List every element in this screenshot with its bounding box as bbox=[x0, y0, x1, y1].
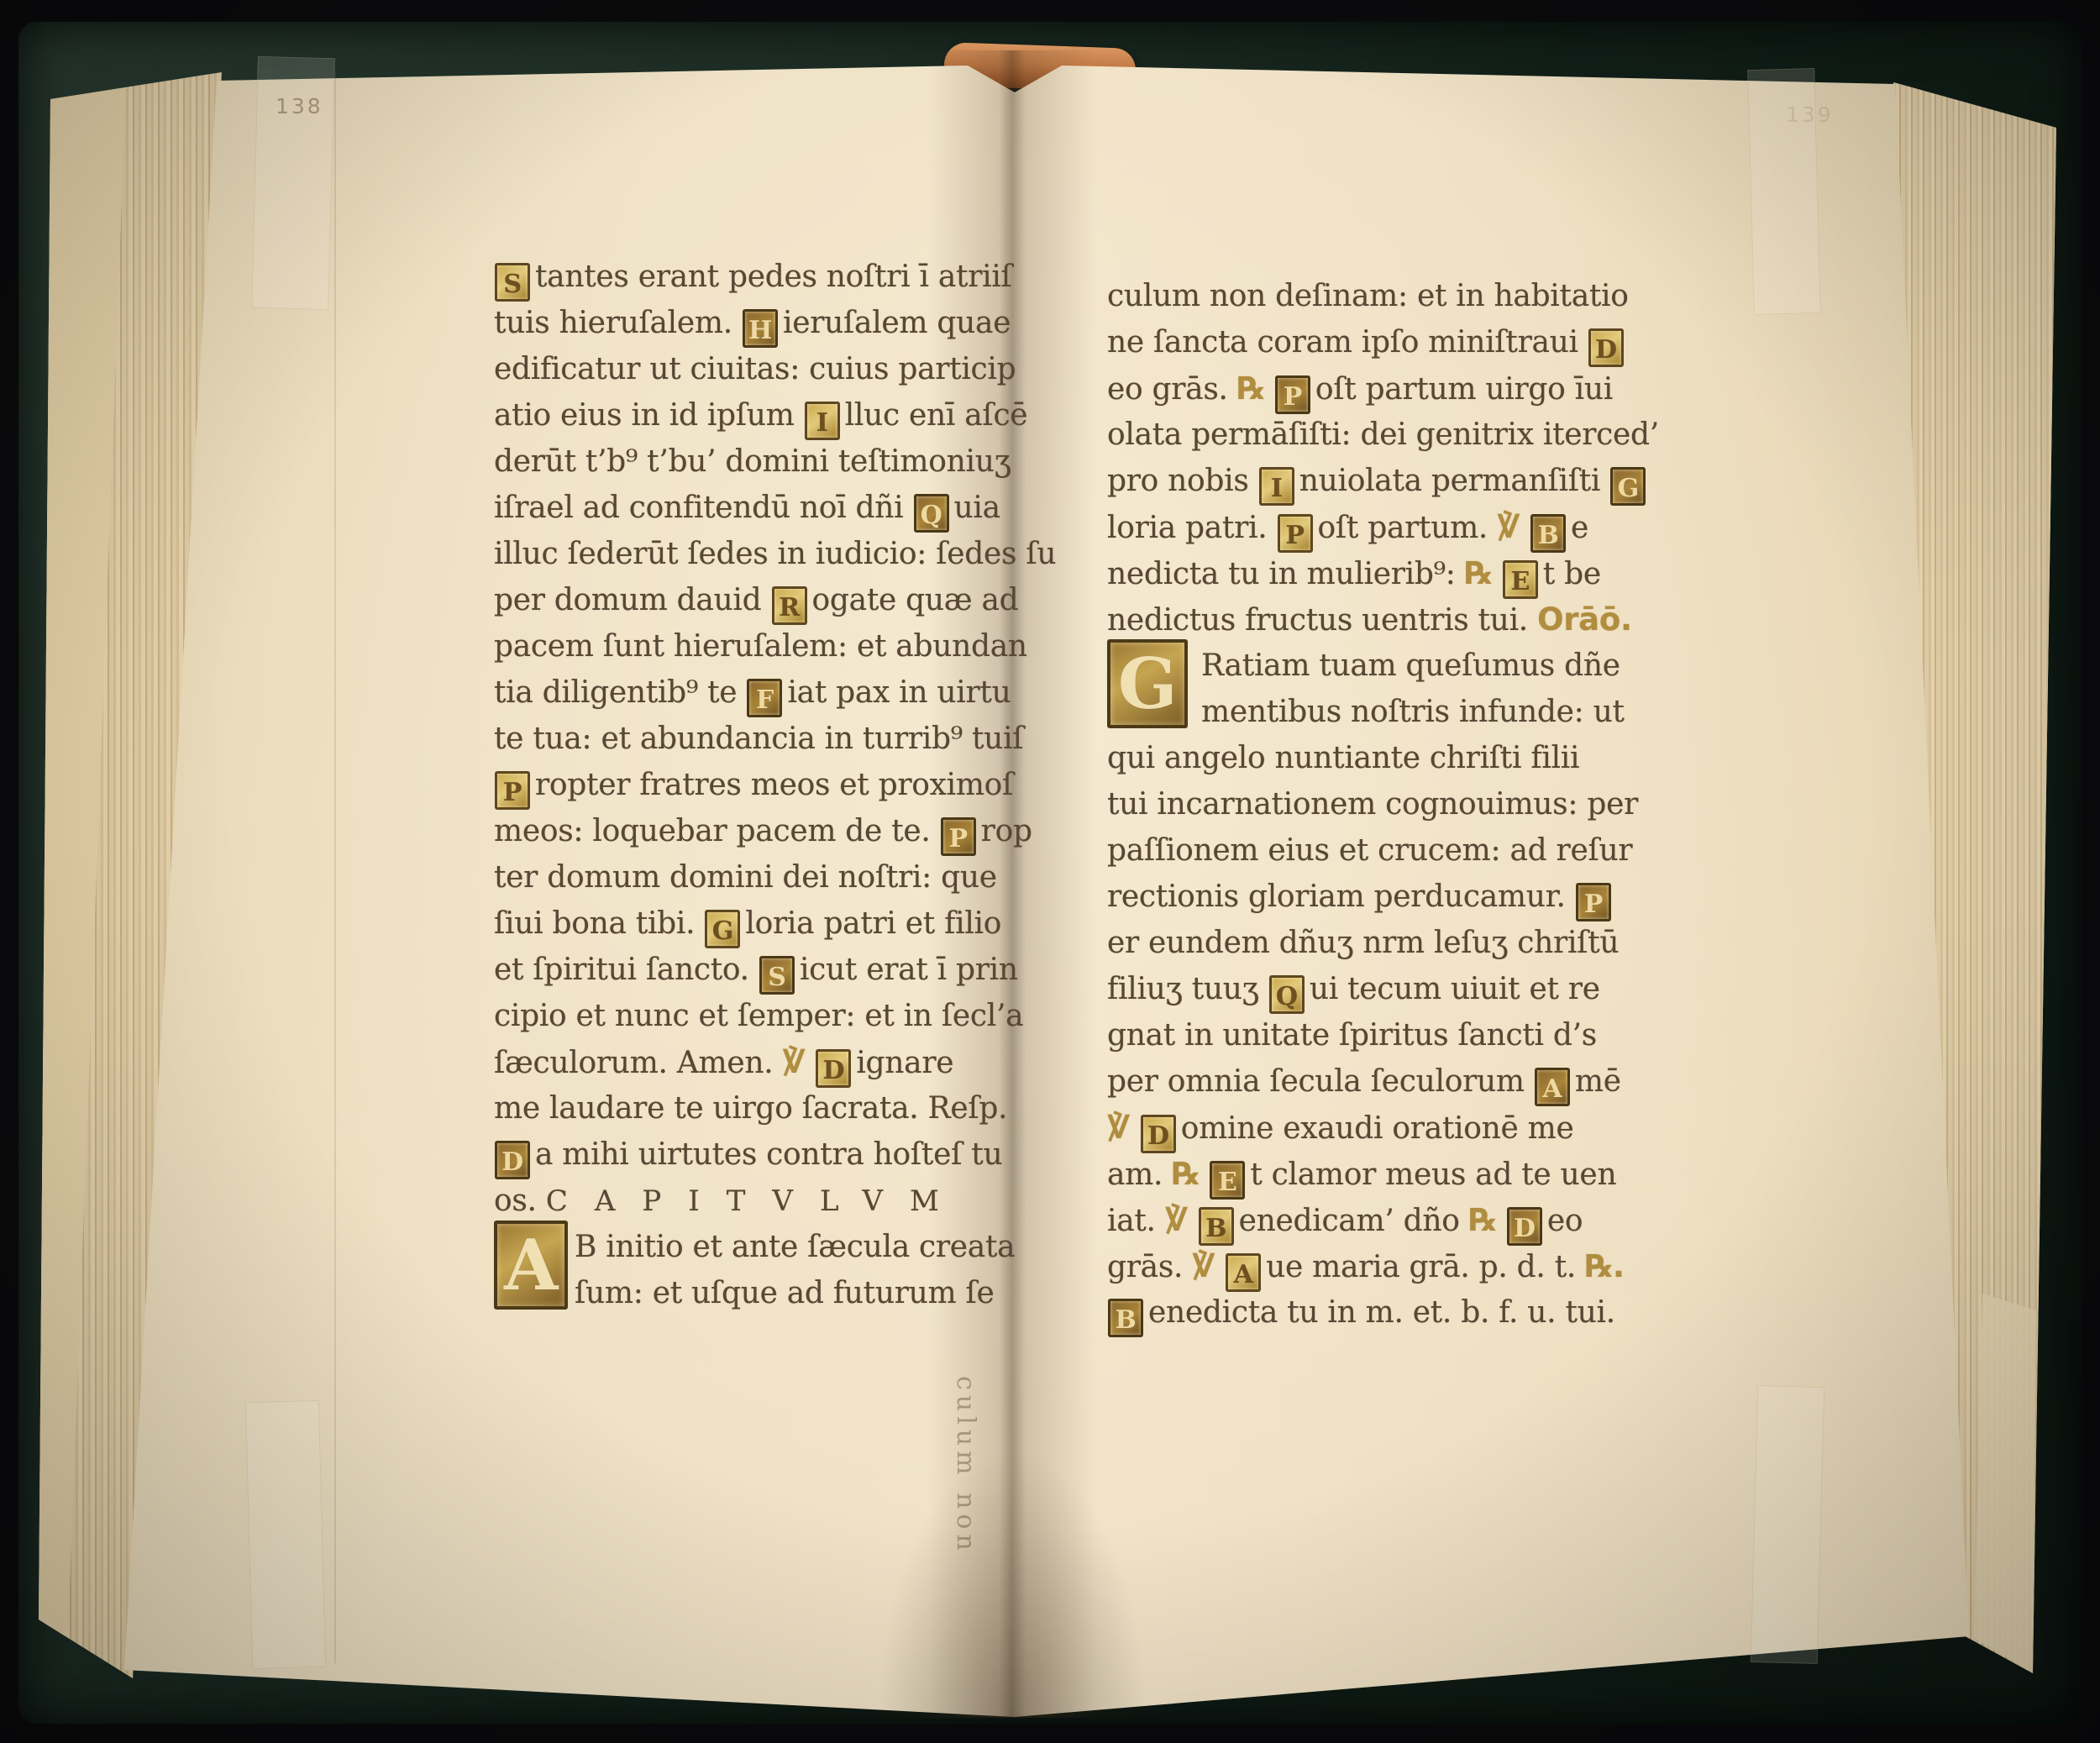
manuscript-line: tui incarnationem cognouimus: per bbox=[1107, 781, 1695, 827]
manuscript-text: tuis hieruſalem. bbox=[494, 306, 742, 340]
manuscript-text: t be bbox=[1543, 557, 1601, 591]
illuminated-initial: G bbox=[1610, 467, 1646, 506]
manuscript-line: atio eius in id ipſum Illuc enī aſcē bbox=[494, 392, 1082, 438]
manuscript-text: iat. bbox=[1107, 1204, 1165, 1238]
manuscript-line: ſiui bona tibi. Gloria patri et filio bbox=[494, 900, 1082, 947]
gold-rubric: Orāō. bbox=[1537, 601, 1632, 638]
manuscript-text: ignare bbox=[856, 1046, 953, 1080]
manuscript-text: atio eius in id ipſum bbox=[494, 398, 804, 433]
illuminated-initial: R bbox=[772, 586, 807, 625]
text-block-left: Stantes erant pedes noſtri ī atriiſtuis … bbox=[494, 254, 1082, 1316]
manuscript-text: pacem ſunt hieruſalem: et abundan bbox=[494, 629, 1027, 664]
manuscript-line: ſæculorum. Amen. ℣ Dignare bbox=[494, 1039, 1082, 1085]
manuscript-text: ue maria grā. p. d. t. bbox=[1266, 1250, 1585, 1284]
manuscript-text: ſiui bona tibi. bbox=[494, 906, 704, 941]
manuscript-text: cipio et nunc et ſemper: et in ſecl’a bbox=[494, 999, 1023, 1033]
manuscript-text: ſum: et uſque ad futurum ſe bbox=[575, 1276, 995, 1310]
illuminated-initial: B bbox=[1108, 1299, 1143, 1337]
manuscript-text: omine exaudi orationē me bbox=[1181, 1111, 1574, 1146]
manuscript-line: eo grās. ℞ Poſt partum uirgo īui bbox=[1107, 365, 1695, 412]
illuminated-initial: D bbox=[1588, 328, 1624, 367]
tape-strip bbox=[1751, 1385, 1825, 1664]
capitulum-heading: CAPITVLVM bbox=[546, 1184, 966, 1218]
illuminated-initial: E bbox=[1210, 1161, 1245, 1200]
manuscript-line: loria patri. Poſt partum. ℣ Be bbox=[1107, 504, 1695, 550]
manuscript-text: os. bbox=[494, 1184, 546, 1218]
page-number-left: 138 bbox=[276, 94, 323, 118]
large-illuminated-initial: A bbox=[494, 1221, 568, 1310]
manuscript-line: ne ſancta coram ipſo miniſtraui D bbox=[1107, 319, 1695, 365]
manuscript-text: grās. bbox=[1107, 1250, 1192, 1284]
manuscript-text bbox=[1215, 1250, 1225, 1284]
manuscript-text: am. bbox=[1107, 1158, 1172, 1192]
manuscript-text: et ſpiritui ſancto. bbox=[494, 953, 759, 987]
manuscript-line: iſrael ad confitendū noī dñi Quia bbox=[494, 485, 1082, 531]
manuscript-text: er eundem dñuʒ nrm leſuʒ chriſtū bbox=[1107, 926, 1619, 960]
manuscript-line: edificatur ut ciuitas: cuius particip bbox=[494, 346, 1082, 392]
manuscript-line: me laudare te uirgo ſacrata. Reſp. bbox=[494, 1085, 1082, 1131]
manuscript-line: nedicta tu in mulierib⁹: ℞ Et be bbox=[1107, 550, 1695, 596]
manuscript-text: paſſionem eius et crucem: ad reſur bbox=[1107, 833, 1632, 868]
manuscript-text: t clamor meus ad te uen bbox=[1250, 1158, 1616, 1192]
manuscript-text: mentibus noſtris infunde: ut bbox=[1201, 695, 1625, 729]
manuscript-text: iat pax in uirtu bbox=[787, 675, 1011, 710]
manuscript-text: rectionis gloriam perducamur. bbox=[1107, 879, 1575, 914]
manuscript-line: Ratiam tuam queſumus dñe bbox=[1107, 643, 1695, 689]
manuscript-line: nedictus fructus uentris tui. Orāō. bbox=[1107, 596, 1695, 643]
manuscript-text: illuc ſederūt ſedes in iudicio: ſedes ſu bbox=[494, 537, 1056, 571]
manuscript-text: ieruſalem quae bbox=[783, 306, 1011, 340]
manuscript-line: cipio et nunc et ſemper: et in ſecl’a bbox=[494, 993, 1082, 1039]
manuscript-text bbox=[1520, 511, 1530, 545]
manuscript-text: ui tecum uiuit et re bbox=[1310, 972, 1600, 1006]
manuscript-text: ropter fratres meos et proximoſ bbox=[535, 768, 1013, 802]
manuscript-text: icut erat ī prin bbox=[800, 953, 1018, 987]
manuscript-line: te tua: et abundancia in turrib⁹ tuiſ bbox=[494, 716, 1082, 762]
manuscript-text: olata permāſiſti: dei genitrix iterced’ bbox=[1107, 417, 1659, 452]
manuscript-line: meos: loquebar pacem de te. Prop bbox=[494, 808, 1082, 854]
manuscript-line: Da mihi uirtutes contra hoſteſ tu bbox=[494, 1131, 1082, 1178]
manuscript-text: ſæculorum. Amen. bbox=[494, 1046, 783, 1080]
manuscript-text: meos: loquebar pacem de te. bbox=[494, 814, 940, 848]
illuminated-initial: Q bbox=[1269, 975, 1305, 1014]
manuscript-line: grās. ℣ Aue maria grā. p. d. t. ℞. bbox=[1107, 1243, 1695, 1289]
illuminated-initial: A bbox=[1535, 1068, 1570, 1106]
manuscript-text: per domum dauid bbox=[494, 583, 771, 617]
illuminated-initial: I bbox=[1259, 467, 1294, 506]
manuscript-text: e bbox=[1571, 511, 1588, 545]
manuscript-line: er eundem dñuʒ nrm leſuʒ chriſtū bbox=[1107, 920, 1695, 966]
manuscript-text: nedicta tu in mulierib⁹: bbox=[1107, 557, 1465, 591]
manuscript-text: tui incarnationem cognouimus: per bbox=[1107, 787, 1638, 822]
manuscript-text: ter domum domini dei noſtri: que bbox=[494, 860, 997, 895]
manuscript-line: pacem ſunt hieruſalem: et abundan bbox=[494, 623, 1082, 669]
manuscript-text: Ratiam tuam queſumus dñe bbox=[1201, 648, 1620, 683]
manuscript-line: derūt t’b⁹ t’bu’ domini teſtimoniuʒ bbox=[494, 438, 1082, 485]
manuscript-line: filiuʒ tuuʒ Qui tecum uiuit et re bbox=[1107, 966, 1695, 1012]
illuminated-initial: P bbox=[1576, 883, 1611, 921]
illuminated-initial: B bbox=[1199, 1207, 1234, 1246]
manuscript-text: qui angelo nuntiante chriſti filii bbox=[1107, 741, 1579, 775]
illuminated-initial: E bbox=[1503, 560, 1538, 599]
manuscript-line: Benedicta tu in m. et. b. f. u. tui. bbox=[1107, 1289, 1695, 1336]
left-page-crease bbox=[334, 71, 336, 1663]
manuscript-line: paſſionem eius et crucem: ad reſur bbox=[1107, 827, 1695, 874]
manuscript-text: oſt partum uirgo īui bbox=[1315, 372, 1613, 407]
manuscript-text: iſrael ad confitendū noī dñi bbox=[494, 491, 913, 525]
manuscript-line: pro nobis Inuiolata permanſiſti G bbox=[1107, 458, 1695, 504]
manuscript-text: mē bbox=[1575, 1064, 1621, 1099]
manuscript-text: derūt t’b⁹ t’bu’ domini teſtimoniuʒ bbox=[494, 444, 1011, 479]
manuscript-text bbox=[1497, 1204, 1506, 1238]
illuminated-initial: S bbox=[759, 956, 795, 995]
manuscript-text: pro nobis bbox=[1107, 464, 1258, 498]
manuscript-text: loria patri et filio bbox=[745, 906, 1001, 941]
gold-rubric: ℣ bbox=[783, 1044, 806, 1080]
manuscript-text: B initio et ante ſæcula creata bbox=[575, 1230, 1015, 1264]
gold-rubric: ℞. bbox=[1585, 1248, 1625, 1284]
illuminated-initial: D bbox=[1141, 1115, 1176, 1153]
manuscript-line: ſum: et uſque ad futurum ſe bbox=[494, 1270, 1082, 1316]
manuscript-text bbox=[1265, 372, 1274, 407]
illuminated-initial: P bbox=[495, 771, 530, 810]
manuscript-book-photo: 138 139 Stantes erant pedes noſtri ī atr… bbox=[0, 0, 2100, 1743]
illuminated-initial: D bbox=[1507, 1207, 1542, 1246]
manuscript-line: Propter fratres meos et proximoſ bbox=[494, 762, 1082, 808]
manuscript-line: iat. ℣ Benedicam’ dño ℞ Deo bbox=[1107, 1197, 1695, 1243]
illuminated-initial: S bbox=[495, 263, 530, 302]
gold-rubric: ℣ bbox=[1497, 509, 1520, 545]
manuscript-line: tuis hieruſalem. Hieruſalem quae bbox=[494, 300, 1082, 346]
manuscript-text: te tua: et abundancia in turrib⁹ tuiſ bbox=[494, 722, 1023, 756]
gold-rubric: ℞ bbox=[1237, 370, 1265, 407]
manuscript-text bbox=[1131, 1111, 1140, 1146]
illuminated-initial: A bbox=[1226, 1253, 1261, 1292]
manuscript-text: edificatur ut ciuitas: cuius particip bbox=[494, 352, 1016, 386]
tape-strip bbox=[245, 1400, 326, 1669]
manuscript-text: nuiolata permanſiſti bbox=[1299, 464, 1610, 498]
manuscript-text: tantes erant pedes noſtri ī atriiſ bbox=[535, 260, 1012, 294]
illuminated-initial: H bbox=[743, 309, 778, 348]
manuscript-text: a mihi uirtutes contra hoſteſ tu bbox=[535, 1137, 1002, 1172]
illuminated-initial: P bbox=[941, 817, 976, 856]
manuscript-line: olata permāſiſti: dei genitrix iterced’ bbox=[1107, 412, 1695, 458]
manuscript-text: per omnia ſecula ſeculorum bbox=[1107, 1064, 1534, 1099]
manuscript-line: am. ℞ Et clamor meus ad te uen bbox=[1107, 1151, 1695, 1197]
manuscript-text: uia bbox=[954, 491, 1000, 525]
manuscript-line: Stantes erant pedes noſtri ī atriiſ bbox=[494, 254, 1082, 300]
text-block-right: culum non deſinam: et in habitatione ſan… bbox=[1107, 273, 1695, 1336]
manuscript-line: ter domum domini dei noſtri: que bbox=[494, 854, 1082, 900]
gold-rubric: ℞ bbox=[1469, 1202, 1497, 1238]
illuminated-initial: I bbox=[805, 402, 840, 440]
large-illuminated-initial: G bbox=[1107, 639, 1188, 728]
illuminated-initial: B bbox=[1530, 514, 1566, 553]
illuminated-initial: Q bbox=[914, 494, 949, 533]
manuscript-line: os. CAPITVLVM bbox=[494, 1178, 1082, 1224]
illuminated-initial: D bbox=[816, 1049, 851, 1088]
manuscript-text: gnat in unitate ſpiritus ſancti d’s bbox=[1107, 1018, 1597, 1053]
manuscript-line: per omnia ſecula ſeculorum Amē bbox=[1107, 1058, 1695, 1105]
manuscript-line: tia diligentib⁹ te Fiat pax in uirtu bbox=[494, 669, 1082, 716]
manuscript-text: enedicta tu in m. et. b. f. u. tui. bbox=[1148, 1295, 1615, 1330]
manuscript-text: ne ſancta coram ipſo miniſtraui bbox=[1107, 325, 1588, 360]
manuscript-text: eo grās. bbox=[1107, 372, 1237, 407]
manuscript-text: me laudare te uirgo ſacrata. Reſp. bbox=[494, 1091, 1007, 1126]
manuscript-text: filiuʒ tuuʒ bbox=[1107, 972, 1268, 1006]
manuscript-line: B initio et ante ſæcula creata bbox=[494, 1224, 1082, 1270]
manuscript-line: gnat in unitate ſpiritus ſancti d’s bbox=[1107, 1012, 1695, 1058]
manuscript-text bbox=[1493, 557, 1502, 591]
manuscript-line: illuc ſederūt ſedes in iudicio: ſedes ſu bbox=[494, 531, 1082, 577]
gold-rubric: ℞ bbox=[1172, 1156, 1200, 1192]
manuscript-text: lluc enī aſcē bbox=[845, 398, 1028, 433]
manuscript-line: et ſpiritui ſancto. Sicut erat ī prin bbox=[494, 947, 1082, 993]
manuscript-line: per domum dauid Rogate quæ ad bbox=[494, 577, 1082, 623]
manuscript-text: nedictus fructus uentris tui. bbox=[1107, 603, 1537, 638]
manuscript-text bbox=[1188, 1204, 1197, 1238]
manuscript-text bbox=[1200, 1158, 1209, 1192]
manuscript-line: culum non deſinam: et in habitatio bbox=[1107, 273, 1695, 319]
illuminated-initial: P bbox=[1275, 375, 1310, 414]
illuminated-initial: D bbox=[495, 1141, 530, 1179]
manuscript-text: rop bbox=[981, 814, 1032, 848]
gold-rubric: ℣ bbox=[1165, 1202, 1189, 1238]
manuscript-line: ℣ Domine exaudi orationē me bbox=[1107, 1105, 1695, 1151]
illuminated-initial: G bbox=[705, 910, 740, 948]
manuscript-text bbox=[806, 1046, 815, 1080]
manuscript-line: rectionis gloriam perducamur. P bbox=[1107, 874, 1695, 920]
gold-rubric: ℞ bbox=[1465, 555, 1493, 591]
manuscript-text: tia diligentib⁹ te bbox=[494, 675, 746, 710]
manuscript-text: culum non deſinam: et in habitatio bbox=[1107, 279, 1629, 313]
page-number-right: 139 bbox=[1786, 102, 1834, 127]
manuscript-text: eo bbox=[1547, 1204, 1583, 1238]
gold-rubric: ℣ bbox=[1192, 1248, 1215, 1284]
manuscript-line: qui angelo nuntiante chriſti filii bbox=[1107, 735, 1695, 781]
manuscript-text: ogate quæ ad bbox=[812, 583, 1019, 617]
gold-rubric: ℣ bbox=[1107, 1110, 1131, 1146]
manuscript-text: oſt partum. bbox=[1318, 511, 1498, 545]
manuscript-text: enedicam’ dño bbox=[1239, 1204, 1469, 1238]
manuscript-line: mentibus noſtris infunde: ut bbox=[1107, 689, 1695, 735]
catchword: culum non bbox=[951, 1376, 980, 1687]
manuscript-text: loria patri. bbox=[1107, 511, 1277, 545]
illuminated-initial: F bbox=[747, 679, 782, 717]
illuminated-initial: P bbox=[1278, 514, 1313, 553]
